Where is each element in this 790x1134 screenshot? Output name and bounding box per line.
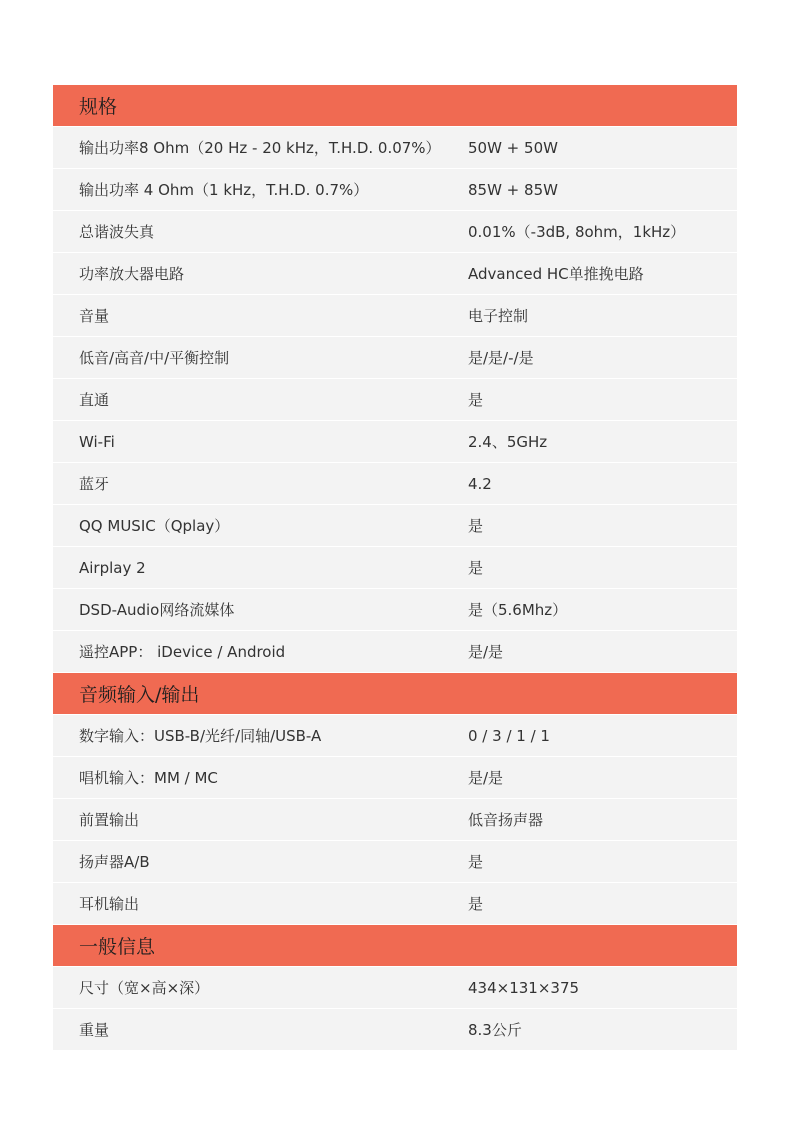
spec-label: 尺寸（宽×高×深） xyxy=(53,977,468,998)
spec-value: 电子控制 xyxy=(468,305,737,326)
spec-label: 功率放大器电路 xyxy=(53,263,468,284)
spec-value: Advanced HC单推挽电路 xyxy=(468,263,737,284)
spec-label: QQ MUSIC（Qplay） xyxy=(53,515,468,536)
spec-label: 输出功率8 Ohm（20 Hz - 20 kHz，T.H.D. 0.07%） xyxy=(53,137,468,158)
spec-label: 唱机输入：MM / MC xyxy=(53,767,468,788)
spec-row: Airplay 2是 xyxy=(53,547,737,588)
spec-label: Airplay 2 xyxy=(53,559,468,577)
spec-row: 耳机输出是 xyxy=(53,883,737,924)
spec-value: 是 xyxy=(468,557,737,578)
spec-value: 434×131×375 xyxy=(468,979,737,997)
spec-label: 音量 xyxy=(53,305,468,326)
spec-row: 唱机输入：MM / MC是/是 xyxy=(53,757,737,798)
spec-value: 2.4、5GHz xyxy=(468,431,737,452)
spec-value: 是/是 xyxy=(468,641,737,662)
spec-value: 是 xyxy=(468,389,737,410)
spec-value: 低音扬声器 xyxy=(468,809,737,830)
section-title: 规格 xyxy=(79,92,117,119)
spec-label: 扬声器A/B xyxy=(53,851,468,872)
spec-label: 输出功率 4 Ohm（1 kHz，T.H.D. 0.7%） xyxy=(53,179,468,200)
section-header-general: 一般信息 xyxy=(53,925,737,966)
spec-label: 总谐波失真 xyxy=(53,221,468,242)
spec-label: 耳机输出 xyxy=(53,893,468,914)
spec-label: 低音/高音/中/平衡控制 xyxy=(53,347,468,368)
section-title: 音频输入/输出 xyxy=(79,680,199,707)
spec-value: 8.3公斤 xyxy=(468,1019,737,1040)
spec-row: 前置输出低音扬声器 xyxy=(53,799,737,840)
spec-row: Wi-Fi2.4、5GHz xyxy=(53,421,737,462)
spec-value: 是/是/-/是 xyxy=(468,347,737,368)
spec-row: 重量8.3公斤 xyxy=(53,1009,737,1050)
spec-row: 音量电子控制 xyxy=(53,295,737,336)
spec-row: DSD-Audio网络流媒体是（5.6Mhz） xyxy=(53,589,737,630)
spec-value: 是 xyxy=(468,851,737,872)
spec-value: 50W + 50W xyxy=(468,139,737,157)
spec-row: 输出功率8 Ohm（20 Hz - 20 kHz，T.H.D. 0.07%）50… xyxy=(53,127,737,168)
spec-sheet: 规格 输出功率8 Ohm（20 Hz - 20 kHz，T.H.D. 0.07%… xyxy=(53,85,737,1051)
spec-value: 是 xyxy=(468,893,737,914)
spec-label: 蓝牙 xyxy=(53,473,468,494)
spec-row: QQ MUSIC（Qplay）是 xyxy=(53,505,737,546)
section-header-audio-io: 音频输入/输出 xyxy=(53,673,737,714)
spec-row: 直通是 xyxy=(53,379,737,420)
spec-label: 遥控APP： iDevice / Android xyxy=(53,641,468,662)
spec-label: 数字输入：USB-B/光纤/同轴/USB-A xyxy=(53,725,468,746)
spec-label: DSD-Audio网络流媒体 xyxy=(53,599,468,620)
spec-row: 尺寸（宽×高×深）434×131×375 xyxy=(53,967,737,1008)
spec-label: 直通 xyxy=(53,389,468,410)
spec-row: 低音/高音/中/平衡控制是/是/-/是 xyxy=(53,337,737,378)
spec-value: 0.01%（-3dB, 8ohm，1kHz） xyxy=(468,221,737,242)
spec-row: 蓝牙4.2 xyxy=(53,463,737,504)
section-title: 一般信息 xyxy=(79,932,155,959)
spec-value: 85W + 85W xyxy=(468,181,737,199)
spec-label: Wi-Fi xyxy=(53,433,468,451)
section-header-specs: 规格 xyxy=(53,85,737,126)
spec-row: 总谐波失真0.01%（-3dB, 8ohm，1kHz） xyxy=(53,211,737,252)
spec-row: 输出功率 4 Ohm（1 kHz，T.H.D. 0.7%）85W + 85W xyxy=(53,169,737,210)
spec-row: 功率放大器电路Advanced HC单推挽电路 xyxy=(53,253,737,294)
spec-value: 0 / 3 / 1 / 1 xyxy=(468,727,737,745)
spec-row: 扬声器A/B是 xyxy=(53,841,737,882)
spec-label: 重量 xyxy=(53,1019,468,1040)
spec-value: 是/是 xyxy=(468,767,737,788)
spec-value: 4.2 xyxy=(468,475,737,493)
spec-row: 遥控APP： iDevice / Android是/是 xyxy=(53,631,737,672)
spec-value: 是（5.6Mhz） xyxy=(468,599,737,620)
spec-label: 前置输出 xyxy=(53,809,468,830)
spec-value: 是 xyxy=(468,515,737,536)
spec-row: 数字输入：USB-B/光纤/同轴/USB-A0 / 3 / 1 / 1 xyxy=(53,715,737,756)
